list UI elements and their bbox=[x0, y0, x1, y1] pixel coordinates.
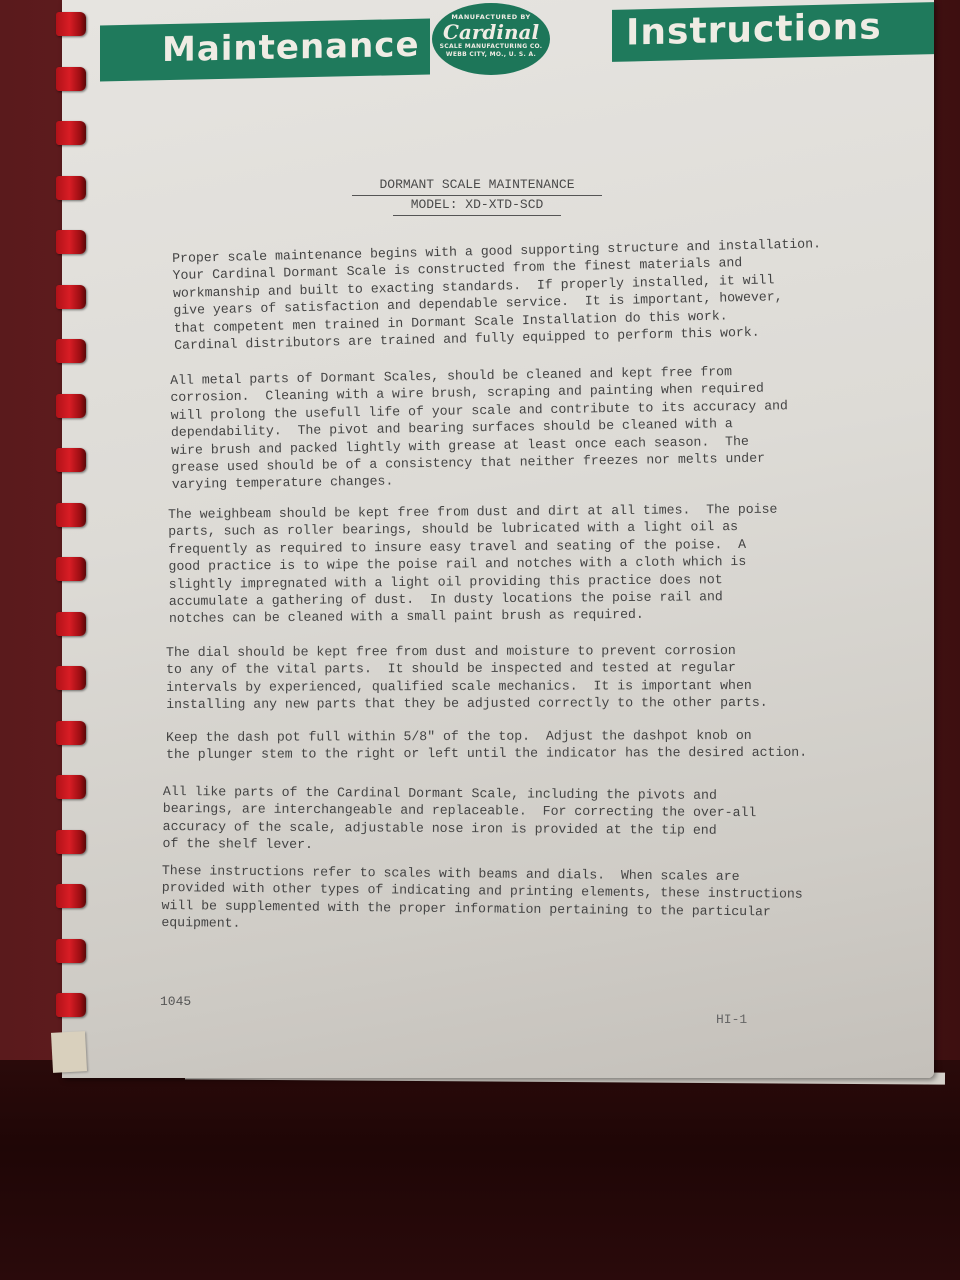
binding-ring bbox=[56, 285, 86, 309]
logo-company: SCALE MANUFACTURING CO. bbox=[432, 43, 550, 50]
document-title: DORMANT SCALE MAINTENANCE bbox=[352, 176, 602, 196]
binding-ring bbox=[56, 230, 86, 254]
binding-ring bbox=[56, 12, 86, 36]
binding-ring bbox=[56, 557, 86, 581]
binding-ring bbox=[56, 666, 86, 690]
header-banner-right: Instructions bbox=[612, 2, 934, 62]
binding-ring bbox=[56, 775, 86, 799]
binding-ring bbox=[56, 993, 86, 1017]
binding-ring bbox=[56, 394, 86, 418]
binding-ring bbox=[56, 830, 86, 854]
binding-ring bbox=[56, 884, 86, 908]
cardinal-logo: MANUFACTURED BY Cardinal SCALE MANUFACTU… bbox=[432, 3, 550, 75]
document-model: MODEL: XD-XTD-SCD bbox=[393, 196, 562, 216]
binding-ring bbox=[56, 939, 86, 963]
logo-brand: Cardinal bbox=[432, 21, 550, 43]
paragraph-metal-parts: All metal parts of Dormant Scales, shoul… bbox=[170, 362, 789, 494]
binding-ring bbox=[56, 448, 86, 472]
document-heading: DORMANT SCALE MAINTENANCE MODEL: XD-XTD-… bbox=[352, 176, 602, 216]
banner-title-maintenance: Maintenance bbox=[162, 25, 420, 70]
comb-binding bbox=[52, 0, 92, 1060]
binding-ring bbox=[56, 721, 86, 745]
paragraph-weighbeam: The weighbeam should be kept free from d… bbox=[168, 501, 778, 628]
binding-ring bbox=[56, 121, 86, 145]
binding-ring bbox=[56, 503, 86, 527]
paragraph-installation: Proper scale maintenance begins with a g… bbox=[172, 235, 823, 354]
binding-ring bbox=[56, 176, 86, 200]
paragraph-dash-pot: Keep the dash pot full within 5/8" of th… bbox=[166, 727, 807, 764]
logo-location: WEBB CITY, MO., U. S. A. bbox=[432, 51, 550, 58]
footer-code: HI-1 bbox=[716, 1012, 747, 1027]
paragraph-interchangeable-parts: All like parts of the Cardinal Dormant S… bbox=[163, 783, 757, 857]
binding-ring bbox=[56, 67, 86, 91]
paragraph-dial: The dial should be kept free from dust a… bbox=[166, 642, 768, 714]
desk-surface bbox=[0, 1060, 960, 1280]
paragraph-scope: These instructions refer to scales with … bbox=[161, 862, 803, 938]
header-banner-left: Maintenance bbox=[100, 19, 430, 82]
banner-title-instructions: Instructions bbox=[626, 6, 882, 53]
binding-ring bbox=[56, 339, 86, 363]
binding-ring bbox=[56, 612, 86, 636]
tape-tab bbox=[51, 1031, 87, 1073]
footer-number: 1045 bbox=[160, 994, 191, 1009]
